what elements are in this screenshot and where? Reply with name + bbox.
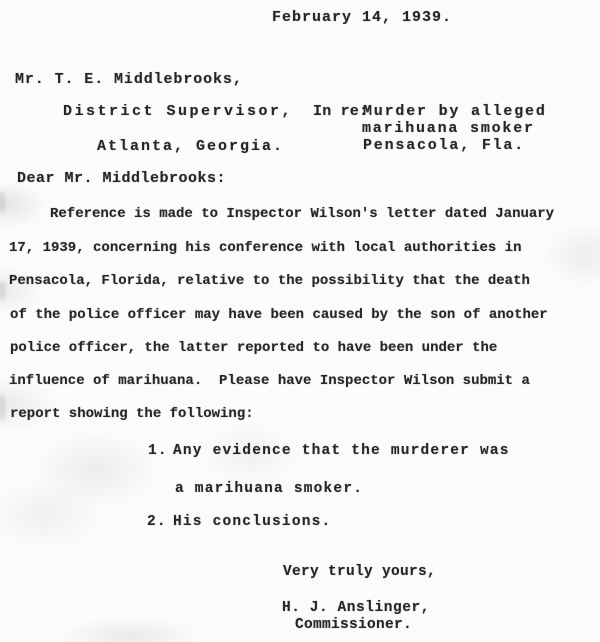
paragraph-line: Reference is made to Inspector Wilson's …	[50, 206, 554, 222]
list-item-text: His conclusions.	[173, 514, 331, 531]
subject-line-3: Pensacola, Fla.	[363, 137, 525, 154]
date-line: February 14, 1939.	[272, 9, 452, 26]
subject-line-2: marihuana smoker	[362, 120, 535, 137]
paragraph-line: 17, 1939, concerning his conference with…	[9, 240, 521, 256]
recipient-name: Mr. T. E. Middlebrooks,	[15, 71, 243, 88]
paragraph-line: influence of marihuana. Please have Insp…	[9, 373, 530, 389]
list-item-number: 2.	[147, 514, 167, 531]
recipient-city: Atlanta, Georgia.	[97, 138, 284, 155]
paragraph-line: of the police officer may have been caus…	[10, 307, 548, 323]
paragraph-line: police officer, the latter reported to h…	[10, 340, 497, 356]
subject-label: In re:	[313, 103, 368, 120]
paragraph-line: Pensacola, Florida, relative to the poss…	[9, 273, 530, 289]
list-item-text: Any evidence that the murderer was	[173, 443, 510, 460]
subject-line-1: Murder by alleged	[363, 103, 547, 120]
scan-smudge	[0, 395, 4, 419]
signature-title: Commissioner.	[295, 617, 412, 634]
letter-page: February 14, 1939. Mr. T. E. Middlebrook…	[0, 0, 600, 642]
scan-smudge	[0, 282, 4, 300]
list-item-number: 1.	[148, 443, 168, 460]
closing: Very truly yours,	[283, 564, 436, 581]
recipient-title: District Supervisor,	[63, 103, 293, 120]
salutation: Dear Mr. Middlebrooks:	[17, 170, 226, 187]
signature-name: H. J. Anslinger,	[282, 600, 430, 617]
scan-smudge	[0, 192, 4, 212]
list-item-text: a marihuana smoker.	[175, 481, 363, 498]
paragraph-line: report showing the following:	[10, 406, 254, 422]
